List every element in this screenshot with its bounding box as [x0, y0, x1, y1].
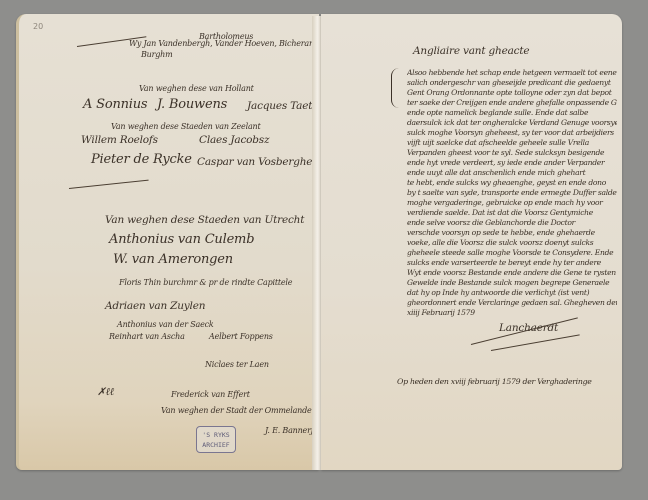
signature-scribble: ✗ℓℓ: [97, 386, 114, 398]
signature: Caspar van Vosberghe: [197, 156, 312, 168]
body-line: ende hyt vrede verdeert, sy iede ende an…: [407, 158, 617, 167]
body-line: vijft uijt saelcke dat afscheelde geheel…: [407, 138, 617, 147]
left-page: 20 Bartholomeus Wy Jan Vandenbergh, Vand…: [16, 14, 319, 470]
body-line: verschde voorsyn op sede te hebbe, ende …: [407, 228, 617, 237]
note-line: Floris Thin burchmr & pr de rindte Capit…: [119, 278, 292, 287]
body-line: verdiende saelde. Dat ist dat die Voorsz…: [407, 208, 617, 217]
signature: Pieter de Rycke: [91, 152, 192, 167]
body-line: xiiij Februarij 1579: [407, 308, 617, 317]
body-line: sulcks ende varserteerde te bereyt ende …: [407, 258, 617, 267]
body-line: Gewelde inde Bestande sulck mogen begrep…: [407, 278, 617, 287]
signature: W. van Amerongen: [113, 252, 233, 267]
body-line: dat hy op Inde hy antwoorde die verlichy…: [407, 288, 617, 297]
body-line: Wyt ende voorsz Bestande ende andere die…: [407, 268, 617, 277]
signature: Adriaen van Zuylen: [105, 300, 205, 312]
bracket-mark: [391, 68, 402, 108]
body-line: moghe vergaderinge, gebruicke op ende ma…: [407, 198, 617, 207]
pen-flourish: [491, 334, 580, 351]
signature: Anthonius van der Saeck: [117, 320, 214, 329]
section-heading-zeeland: Van weghen dese Staeden van Zeelant: [111, 122, 261, 131]
section-heading-ommelanden: Van weghen der Stadt der Ommelanden: [161, 406, 317, 415]
body-line: Verpanden gheest voor te syl. Sede sulck…: [407, 148, 617, 157]
signature: J. Bouwens: [157, 97, 227, 112]
body-line: by t saelte van syde, transporte ende er…: [407, 188, 617, 197]
body-line: gheordonnert ende Verclaringe gedaen sal…: [407, 298, 617, 307]
signature: Willem Roelofs: [81, 134, 158, 146]
footer-note: Op heden den xviij februarij 1579 der Ve…: [397, 377, 623, 386]
body-line: ter saeke der Creijgen ende andere ghefa…: [407, 98, 617, 107]
manuscript-spread: 20 Bartholomeus Wy Jan Vandenbergh, Vand…: [16, 14, 622, 470]
stamp-line: 'S RYKS: [197, 430, 235, 440]
signature: Claes Jacobsz: [199, 134, 269, 146]
body-line: sulck moghe Voorsyn gheheest, sy ter voo…: [407, 128, 617, 137]
signature: A Sonnius: [83, 97, 147, 112]
body-line: gheheele steede salle moghe Voorsde te C…: [407, 248, 617, 257]
section-heading-utrecht: Van weghen dese Staeden van Utrecht: [105, 214, 304, 226]
body-line: Gent Orang Ordonnante opte tolloyne oder…: [407, 88, 617, 97]
body-line: ende uuyt alle dat anschenlich ende mich…: [407, 168, 617, 177]
signature: Jacques Taets: [247, 100, 317, 112]
body-line: ende opte namelick beglande sulle. Ende …: [407, 108, 617, 117]
section-heading-holland: Van weghen dese van Hollant: [139, 84, 254, 93]
pen-flourish: [69, 180, 149, 189]
body-line: ende selve voorsz die Geblanchorde die D…: [407, 218, 617, 227]
page-number: 20: [33, 22, 43, 31]
body-line: Alsoo hebbende het schap ende hetgeen ve…: [407, 68, 617, 77]
body-line: salich ondergeschr van gheseijde predica…: [407, 78, 617, 87]
stamp-line: ARCHIEF: [197, 440, 235, 450]
body-line: te hebt, ende sulcks wy gheaenghe, geyst…: [407, 178, 617, 187]
signature: Niclaes ter Laen: [205, 360, 269, 369]
heading-line: Wy Jan Vandenbergh, Vander Hoeven, Biche…: [129, 39, 316, 48]
sub-line: Burghm: [141, 50, 173, 59]
signature: Aelbert Foppens: [209, 332, 273, 341]
signature: Frederick van Effert: [171, 390, 250, 399]
archive-stamp: 'S RYKS ARCHIEF: [196, 426, 236, 453]
page-title: Angliaire vant gheacte: [413, 45, 529, 57]
signature: Anthonius van Culemb: [109, 232, 254, 247]
signature: Reinhart van Ascha: [109, 332, 185, 341]
body-line: voeke, alle die Voorsz die sulck voorsz …: [407, 238, 617, 247]
body-line: daersulck ick dat ter ongheralcke Verdan…: [407, 118, 617, 127]
right-page: Angliaire vant gheacte Alsoo hebbende he…: [321, 14, 622, 470]
